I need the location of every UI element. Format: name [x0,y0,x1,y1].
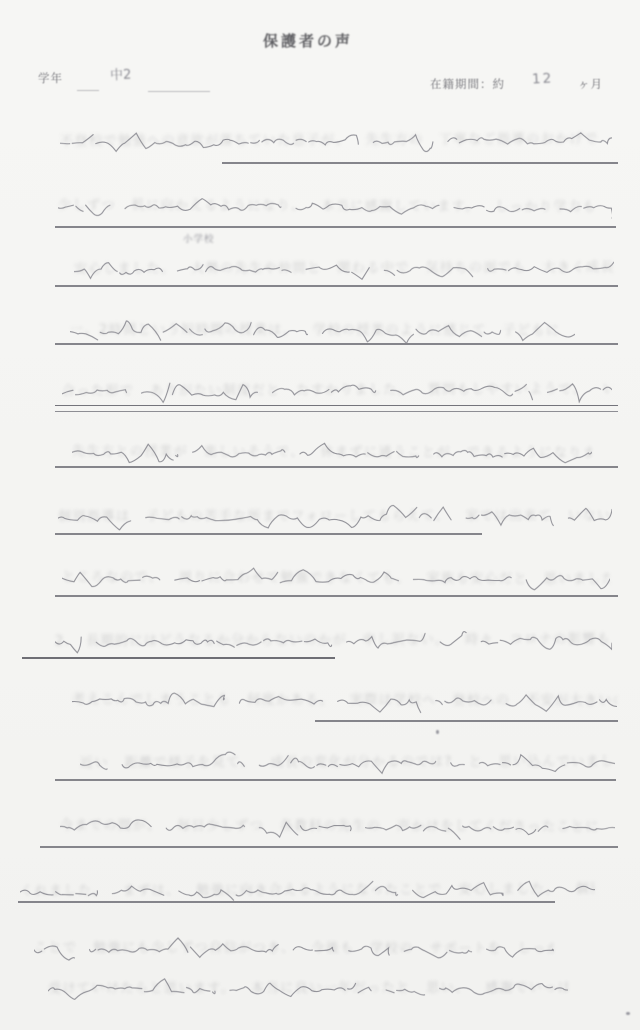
handwriting-stroke [58,504,612,531]
handwriting-stroke [34,936,554,963]
ruled-line [18,901,555,903]
handwritten-line: ところなので、 周りに合わせて勉強できなくても、 家族も安心だと 思いました。 [62,565,610,593]
handwriting-stroke [72,688,617,715]
ruled-line [55,466,618,468]
grade-field-value: 中2 [110,64,132,84]
ink-speck [436,730,439,734]
handwriting-stroke [72,439,592,466]
handwriting-stroke [60,813,615,840]
scanned-document-page: 保護者の声 学年 中2 在籍期間：約 12 ヶ月 小学校 不登校で勉強への意欲が… [0,0,640,1030]
ruled-line [315,720,618,722]
ink-speck [626,1012,630,1015]
grade-field-label: 学年 [38,70,63,86]
ruled-line [55,533,482,535]
insertion-note: 小学校 [183,231,215,245]
handwritten-line: 安心しました。 大勢の先生や仲間と 関わる中で 気持ちの面でも 大きく成長しまし… [74,255,614,282]
handwriting-stroke [55,627,612,655]
handwritten-line: 今までの間が、 毎日少しずつ 各教科の先生の 声かけをしてくださったことに 感謝… [60,813,615,840]
ruled-line [222,162,618,164]
handwritten-line: 不登校で勉強への意欲が落ちていた息子が、 先生方の 丁寧なご指導のおかげで [60,127,612,155]
handwritten-line: 受けていけたらと思います。 本当に良い一年だったと 思い、 感謝でいっぱいです。 [48,976,568,1003]
enrollment-field-label: 在籍期間：約 [430,76,505,92]
ruled-line [40,846,618,848]
enrollment-unit-label: ヶ月 [578,76,603,92]
ruled-line [55,343,618,345]
page-title: 保護者の声 [0,30,616,51]
ruled-line [22,657,335,659]
handwritten-line: 近い 距離で様子を見て、 成長の変化が分かるのでは? と 思い込んでいました。 [80,749,615,776]
handwriting-stroke [70,318,575,345]
handwriting-stroke [48,976,568,1003]
ruled-line [55,779,616,781]
handwritten-line: 2. 長期的にはどうなるか分からないのかが 申し訳ない。 時々 コロナの影響もあ… [55,627,612,655]
handwriting-stroke [62,565,610,593]
handwritten-line: 考えこんでしまうことも 何度かある。 実際は学校へ 登校への 不安が大きいのに [72,688,617,715]
handwriting-stroke [60,127,612,155]
ruled-line [55,405,618,412]
handwriting-stroke [62,377,612,405]
handwriting-stroke [74,255,614,282]
handwriting-stroke [58,193,612,221]
handwritten-line: 少しずつ 机に向かえるようになり、 本当に感謝しています。 しっかり学力も 身に… [58,193,612,221]
ruled-line [55,226,616,228]
handwritten-line: ことで 勉強にも少しずつ自信がつき、 今後も 学校の サポートを しっかりと [34,936,554,963]
handwritten-line: 個別指導は 子どもの苦手な所までフォローしてもらえて、 家では出来て いない [58,504,612,531]
handwritten-line: 先生方との授業が 楽しいそうで、 休まずに通うことが できるようになりました。 [72,439,592,466]
grade-underline [77,90,99,91]
ruled-line [55,285,618,287]
handwritten-line: 一、2時間という短時間の授業は、 学校の授業のように感じて 子どもに [70,318,575,345]
enrollment-field-value: 12 [532,70,554,87]
grade-underline-2 [148,91,210,92]
handwritten-line: 合った形で ありがたい制度だと たすかりました。 質問もしやすいようで、 いつも… [62,377,612,405]
ruled-line [55,595,618,597]
handwriting-stroke [80,749,615,776]
